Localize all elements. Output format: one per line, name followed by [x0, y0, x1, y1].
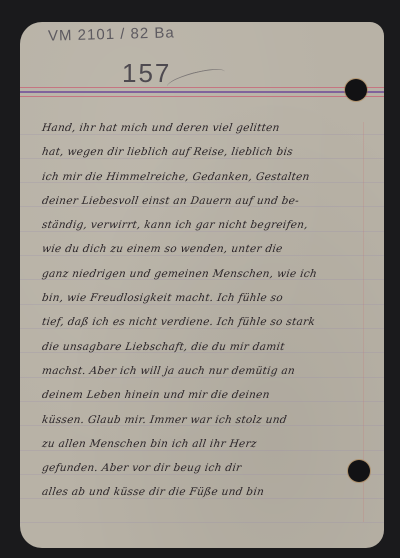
folio-pencil-stroke	[165, 66, 227, 93]
text-line: ganz niedrigen und gemeinen Menschen, wi…	[40, 262, 363, 286]
text-line: wie du dich zu einem so wenden, unter di…	[40, 237, 363, 261]
folio-number: 157	[122, 58, 171, 89]
text-line: hat, wegen dir lieblich auf Reise, liebl…	[40, 140, 363, 164]
text-line: ich mir die Himmelreiche, Gedanken, Gest…	[40, 165, 363, 189]
text-line: Hand, ihr hat mich und deren viel gelitt…	[40, 116, 363, 140]
text-line: deinem Leben hinein und mir die deinen	[40, 383, 363, 407]
archive-reference: VM 2101 / 82 Ba	[48, 24, 175, 44]
handwritten-text: Hand, ihr hat mich und deren viel gelitt…	[42, 116, 362, 505]
letter-page: VM 2101 / 82 Ba 157 Hand, ihr hat mich u…	[20, 22, 384, 548]
text-line: gefunden. Aber vor dir beug ich dir	[40, 456, 363, 480]
text-line: bin, wie Freudlosigkeit macht. Ich fühle…	[40, 286, 363, 310]
text-line: zu allen Menschen bin ich all ihr Herz	[40, 432, 363, 456]
text-line: deiner Liebesvoll einst an Dauern auf un…	[40, 189, 363, 213]
header-rule-red-top	[20, 87, 384, 88]
text-line: küssen. Glaub mir. Immer war ich stolz u…	[40, 408, 363, 432]
header-rule-purple	[20, 91, 384, 93]
punch-hole-top	[345, 79, 367, 101]
text-line: ständig, verwirrt, kann ich gar nicht be…	[40, 213, 363, 237]
text-line: machst. Aber ich will ja auch nur demüti…	[40, 359, 363, 383]
text-line: tief, daß ich es nicht verdiene. Ich füh…	[40, 310, 363, 334]
text-line: die unsagbare Liebschaft, die du mir dam…	[40, 335, 363, 359]
text-line: alles ab und küsse dir die Füße und bin	[40, 480, 363, 504]
ruled-line	[20, 522, 384, 523]
header-rule-red-bottom	[20, 96, 384, 97]
